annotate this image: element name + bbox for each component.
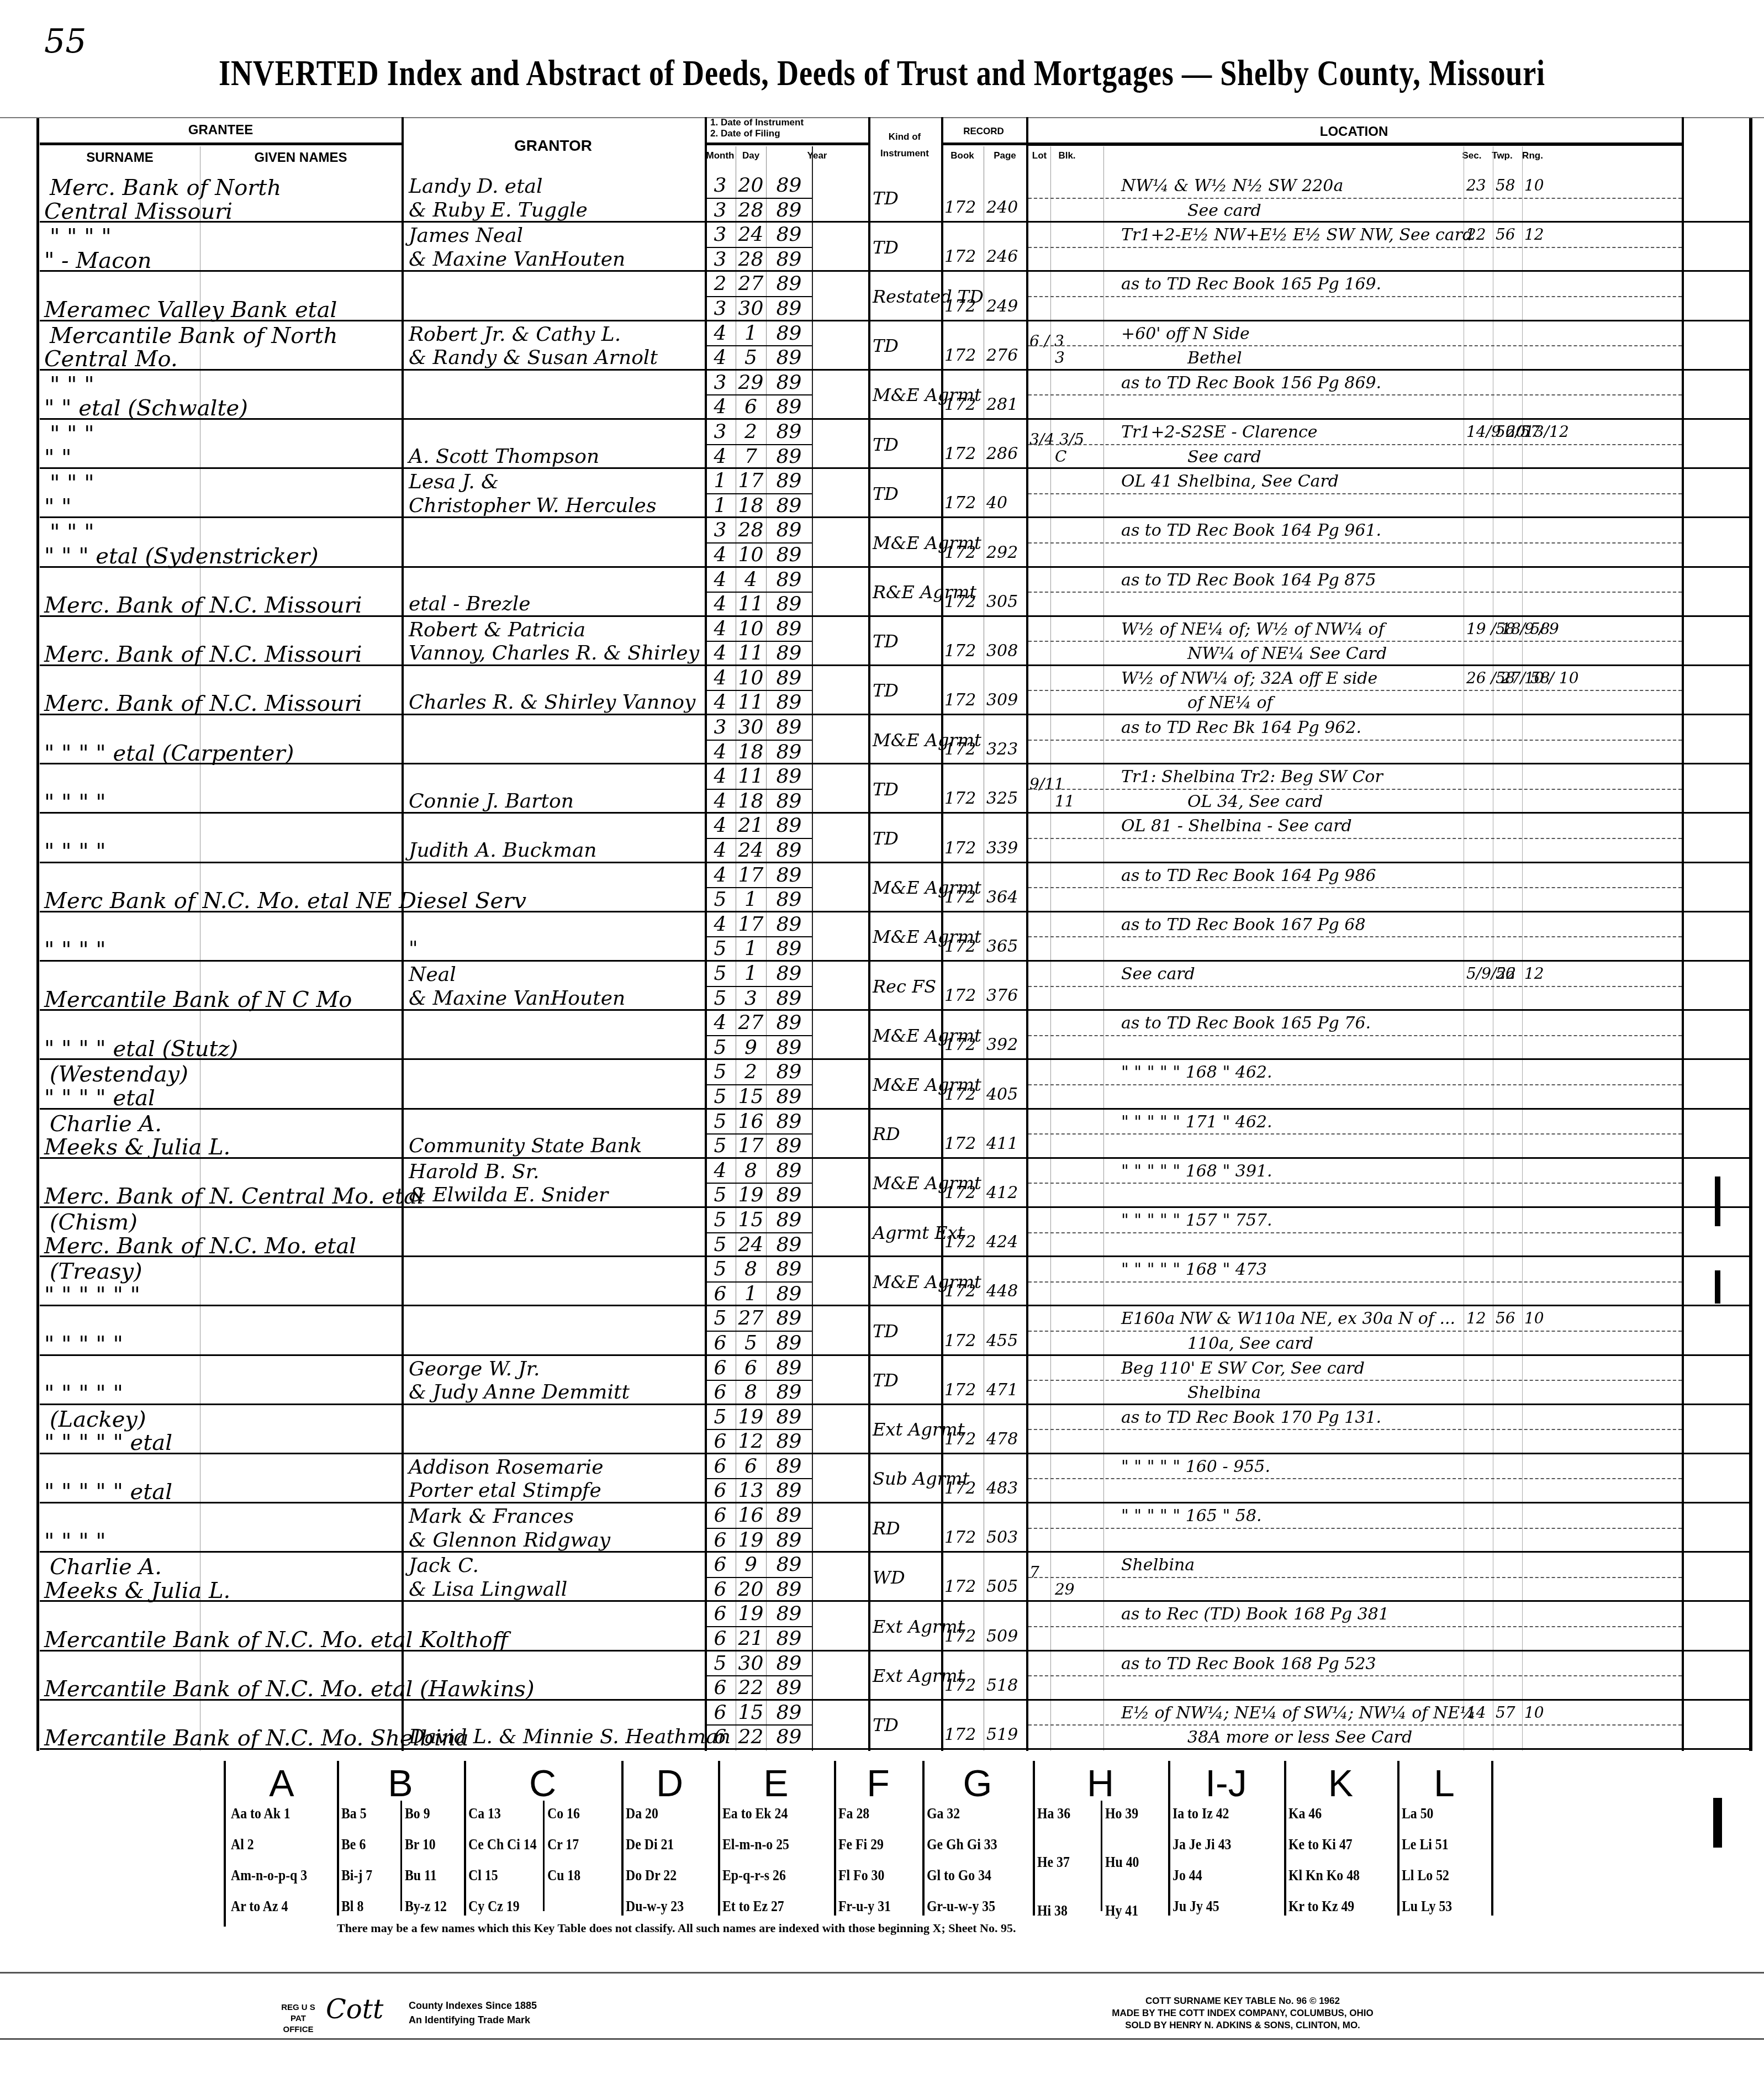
grantee-line-2: " " " " " etal (44, 1479, 172, 1505)
location-line-1: Shelbina (1121, 1555, 1195, 1575)
date-divider (707, 1626, 812, 1627)
instrument-date-day: 9 (736, 1553, 766, 1576)
location-blk: C (1055, 447, 1066, 466)
grantor-line-2: & Judy Anne Demmitt (409, 1381, 630, 1404)
instrument-kind: TD (873, 188, 899, 209)
header-year: Year (766, 150, 868, 161)
grantee-line-2: Meeks & Julia L. (44, 1135, 230, 1160)
record-book: 172 (944, 592, 976, 611)
instrument-kind: TD (873, 779, 899, 800)
key-letter-c: C (464, 1762, 621, 1805)
location-blk: 3 (1055, 349, 1065, 367)
instrument-date-day: 21 (736, 814, 766, 837)
filing-date-month: 4 (705, 544, 736, 566)
grantor-line-2: Connie J. Barton (409, 790, 574, 813)
header-location-rule (1026, 143, 1682, 146)
key-subcolumn-rule (400, 1801, 402, 1911)
header-kind-1: Kind of (868, 131, 941, 143)
instrument-date-year: 89 (766, 1652, 812, 1675)
grantor-line-1: Addison Rosemarie (409, 1456, 604, 1479)
instrument-date-year: 89 (766, 174, 812, 197)
instrument-date-day: 24 (736, 223, 766, 246)
instrument-date-month: 3 (705, 371, 736, 394)
location-rng: 9 / 9 (1524, 620, 1559, 638)
key-entry: Gl to Go 34 (927, 1867, 991, 1885)
instrument-kind: TD (873, 483, 899, 504)
grantee-line-2: " - Macon (44, 248, 151, 273)
filing-date-month: 4 (705, 839, 736, 862)
instrument-date-year: 89 (766, 1159, 812, 1182)
grantor-line-2: etal - Brezle (409, 593, 531, 615)
location-line-1: NW¼ & W½ N½ SW 220a (1121, 176, 1343, 196)
instrument-date-day: 27 (736, 1011, 766, 1034)
instrument-date-year: 89 (766, 864, 812, 887)
header-rng: Rng. (1519, 150, 1546, 161)
grantor-line-1: Jack C. (409, 1554, 479, 1577)
location-line-1: " " " " " 171 " 462. (1121, 1112, 1272, 1132)
location-guide-line (1028, 838, 1682, 839)
grantor-line-2: Charles R. & Shirley Vannoy (409, 691, 695, 714)
instrument-kind: TD (873, 1370, 899, 1391)
record-page: 325 (986, 789, 1018, 808)
key-entry: Do Dr 22 (626, 1867, 677, 1885)
header-date-instrument: 1. Date of Instrument (710, 117, 870, 128)
key-entry: Hu 40 (1105, 1854, 1139, 1871)
filing-date-year: 89 (766, 1381, 812, 1404)
instrument-kind: TD (873, 237, 899, 258)
date-divider (707, 1380, 812, 1381)
filing-date-year: 89 (766, 544, 812, 566)
header-book: Book (941, 150, 984, 161)
date-divider (707, 592, 812, 593)
grantee-line-1: Charlie A. (50, 1554, 162, 1580)
instrument-kind: TD (873, 1321, 899, 1342)
grantee-line-2: Merc Bank of N.C. Mo. etal NE Diesel Ser… (44, 888, 526, 914)
grantee-line-2: " " " " (44, 839, 106, 864)
location-line-2: 110a, See card (1187, 1334, 1313, 1353)
location-line-1: as to TD Rec Book 156 Pg 869. (1121, 373, 1381, 393)
instrument-date-month: 4 (705, 667, 736, 689)
location-guide-line (1028, 247, 1682, 248)
filing-date-month: 4 (705, 346, 736, 369)
instrument-date-month: 4 (705, 765, 736, 788)
date-divider (707, 542, 812, 544)
date-divider (707, 887, 812, 888)
key-letter-d: D (621, 1762, 718, 1805)
filing-date-month: 6 (705, 1430, 736, 1453)
instrument-date-day: 19 (736, 1406, 766, 1428)
location-line-2: OL 34, See card (1187, 792, 1323, 811)
instrument-kind: Rec FS (873, 976, 936, 997)
filing-date-year: 89 (766, 839, 812, 862)
date-divider (707, 1133, 812, 1135)
footer-publisher: COTT SURNAME KEY TABLE No. 96 © 1962 MAD… (1049, 1995, 1436, 2032)
key-column-rule (1491, 1761, 1493, 1916)
filing-date-year: 89 (766, 1332, 812, 1354)
instrument-date-year: 89 (766, 1602, 812, 1625)
location-guide-line (1028, 1084, 1682, 1085)
filing-date-year: 89 (766, 1430, 812, 1453)
key-entry: Ia to Iz 42 (1173, 1805, 1229, 1823)
date-divider (707, 198, 812, 199)
instrument-date-month: 5 (705, 1652, 736, 1675)
date-divider (707, 493, 812, 494)
location-sec: 22 (1466, 225, 1486, 244)
instrument-date-month: 4 (705, 618, 736, 640)
instrument-kind: TD (873, 680, 899, 701)
record-book: 172 (944, 444, 976, 463)
filing-date-year: 89 (766, 1726, 812, 1748)
date-divider (707, 936, 812, 937)
location-guide-line (1028, 1577, 1682, 1578)
location-line-1: as to TD Rec Book 164 Pg 875 (1121, 571, 1376, 590)
location-guide-line (1028, 690, 1682, 691)
instrument-date-year: 89 (766, 1110, 812, 1133)
key-entry: Ja Je Ji 43 (1173, 1836, 1231, 1854)
filing-date-day: 11 (736, 691, 766, 714)
record-page: 503 (986, 1528, 1018, 1547)
filing-date-month: 3 (705, 297, 736, 320)
record-page: 276 (986, 346, 1018, 365)
key-entry: Fa 28 (838, 1805, 869, 1823)
location-guide-line (1028, 296, 1682, 297)
filing-date-month: 6 (705, 1283, 736, 1305)
location-guide-line (1028, 592, 1682, 593)
location-line-1: Tr1: Shelbina Tr2: Beg SW Cor (1121, 767, 1383, 787)
key-entry: Kr to Kz 49 (1288, 1898, 1354, 1916)
filing-date-day: 6 (736, 395, 766, 418)
row-divider (40, 1748, 1749, 1750)
instrument-date-month: 5 (705, 1061, 736, 1083)
filing-date-month: 5 (705, 987, 736, 1010)
filing-date-day: 28 (736, 248, 766, 271)
record-book: 172 (944, 690, 976, 710)
header-location: LOCATION (1026, 124, 1682, 140)
filing-date-year: 89 (766, 1085, 812, 1108)
filing-date-year: 89 (766, 1283, 812, 1305)
header-kind-2: Instrument (868, 148, 941, 159)
instrument-date-year: 89 (766, 1307, 812, 1329)
instrument-date-year: 89 (766, 1455, 812, 1478)
grantee-line-2: Central Missouri (44, 199, 233, 224)
footer-top-rule (0, 1972, 1764, 1974)
instrument-date-day: 15 (736, 1701, 766, 1724)
location-line-1: " " " " " 168 " 462. (1121, 1063, 1272, 1082)
key-entry: Ce Ch Ci 14 (468, 1836, 537, 1854)
grantee-line-1: " " " (50, 372, 94, 398)
location-line-2: See card (1187, 447, 1261, 467)
filing-date-month: 4 (705, 691, 736, 714)
record-book: 172 (944, 493, 976, 513)
cott-logo: Cott (326, 1994, 383, 2025)
location-guide-line (1028, 887, 1682, 888)
key-letter-l: L (1397, 1762, 1491, 1805)
filing-date-day: 20 (736, 1578, 766, 1601)
record-page: 365 (986, 937, 1018, 956)
grantor-line-1: Lesa J. & (409, 471, 499, 493)
instrument-date-year: 89 (766, 371, 812, 394)
instrument-date-day: 17 (736, 864, 766, 887)
key-entry: Ar to Az 4 (231, 1898, 288, 1916)
record-book: 172 (944, 937, 976, 956)
key-entry: Da 20 (626, 1805, 658, 1823)
grantee-line-2: Central Mo. (44, 346, 178, 372)
record-book: 172 (944, 297, 976, 316)
grantor-line-2: & Maxine VanHouten (409, 987, 625, 1010)
instrument-date-month: 6 (705, 1701, 736, 1724)
header-given-names: GIVEN NAMES (200, 150, 402, 166)
margin-bracket-mark (1715, 1176, 1720, 1226)
record-book: 172 (944, 1380, 976, 1400)
location-line-1: as to TD Rec Book 168 Pg 523 (1121, 1654, 1376, 1674)
record-book: 172 (944, 740, 976, 759)
grantee-line-2: " " " " " etal (44, 1430, 172, 1455)
instrument-date-month: 5 (705, 1209, 736, 1231)
filing-date-day: 11 (736, 642, 766, 664)
instrument-date-day: 27 (736, 1307, 766, 1329)
header-record: RECORD (941, 126, 1026, 137)
grantor-line-2: Community State Bank (409, 1135, 642, 1157)
location-guide-line (1028, 394, 1682, 395)
record-page: 40 (986, 493, 1007, 513)
record-page: 509 (986, 1627, 1018, 1646)
grantor-line-2: A. Scott Thompson (409, 445, 599, 468)
location-line-1: as to TD Rec Book 164 Pg 961. (1121, 521, 1381, 540)
filing-date-year: 89 (766, 395, 812, 418)
instrument-date-day: 2 (736, 1061, 766, 1083)
grantee-line-2: " " " " (44, 937, 106, 963)
instrument-kind: RD (873, 1123, 900, 1144)
location-line-2: Shelbina (1187, 1383, 1261, 1402)
key-left-border (224, 1761, 226, 1927)
key-letter-h: H (1033, 1762, 1168, 1805)
location-line-1: +60' off N Side (1121, 324, 1250, 344)
instrument-date-month: 6 (705, 1504, 736, 1527)
instrument-date-year: 89 (766, 765, 812, 788)
filing-date-year: 89 (766, 1578, 812, 1601)
record-page: 478 (986, 1429, 1018, 1449)
location-line-1: as to TD Rec Book 165 Pg 169. (1121, 275, 1381, 294)
filing-date-month: 6 (705, 1726, 736, 1748)
key-letter-e: E (718, 1762, 834, 1805)
grantee-line-2: " " " etal (Sydenstricker) (44, 544, 319, 569)
location-line-1: as to TD Rec Book 164 Pg 986 (1121, 866, 1376, 885)
instrument-date-month: 3 (705, 420, 736, 443)
key-entry: Ge Gh Gi 33 (927, 1836, 997, 1854)
filing-date-month: 6 (705, 1676, 736, 1699)
key-entry: He 37 (1037, 1854, 1070, 1871)
instrument-date-month: 3 (705, 519, 736, 541)
location-rng: 10 (1524, 1703, 1544, 1722)
instrument-date-day: 20 (736, 174, 766, 197)
record-book: 172 (944, 1035, 976, 1054)
ledger-top-rule (0, 117, 1764, 118)
filing-date-month: 5 (705, 1233, 736, 1256)
record-page: 339 (986, 838, 1018, 858)
filing-date-year: 89 (766, 642, 812, 664)
instrument-date-month: 4 (705, 322, 736, 345)
location-line-2: NW¼ of NE¼ See Card (1187, 644, 1387, 663)
grantor-line-2: " (409, 937, 418, 960)
filing-date-month: 6 (705, 1627, 736, 1650)
instrument-date-year: 89 (766, 1061, 812, 1083)
filing-date-year: 89 (766, 1479, 812, 1502)
date-divider (707, 345, 812, 346)
filing-date-year: 89 (766, 741, 812, 763)
instrument-date-day: 16 (736, 1504, 766, 1527)
instrument-date-day: 6 (736, 1357, 766, 1379)
record-page: 483 (986, 1479, 1018, 1498)
instrument-date-year: 89 (766, 1701, 812, 1724)
key-entry: Lu Ly 53 (1402, 1898, 1452, 1916)
date-divider (707, 1429, 812, 1430)
location-guide-line (1028, 936, 1682, 937)
filing-date-month: 5 (705, 888, 736, 911)
filing-date-day: 17 (736, 1135, 766, 1157)
filing-date-year: 89 (766, 1529, 812, 1552)
date-divider (707, 1528, 812, 1529)
record-book: 172 (944, 1183, 976, 1202)
instrument-date-year: 89 (766, 1209, 812, 1231)
grantee-line-2: Mercantile Bank of N.C. Mo. etal (Hawkin… (44, 1676, 535, 1702)
grantee-line-2: " " " " etal (Stutz) (44, 1036, 238, 1062)
key-entry: Ho 39 (1105, 1805, 1138, 1823)
grantor-line-2: David L. & Minnie S. Heathman (409, 1726, 731, 1748)
grantee-line-2: " " " " (44, 1529, 106, 1554)
location-guide-line (1028, 641, 1682, 642)
record-book: 172 (944, 1134, 976, 1153)
header-grantee-rule (40, 143, 402, 145)
key-letter-f: F (834, 1762, 922, 1805)
record-page: 292 (986, 543, 1018, 562)
grantor-line-1: Mark & Frances (409, 1505, 574, 1528)
grantee-line-2: " " (44, 494, 72, 520)
location-line-2: See card (1187, 201, 1261, 220)
grantee-line-2: Meeks & Julia L. (44, 1578, 230, 1603)
location-line-1: W½ of NW¼ of; 32A off E side (1121, 669, 1377, 688)
key-entry: By-z 12 (405, 1898, 447, 1916)
record-book: 172 (944, 1528, 976, 1547)
location-rng: 12 (1524, 964, 1544, 983)
header-date-filing: 2. Date of Filing (710, 128, 870, 139)
date-divider (707, 986, 812, 987)
date-divider (707, 789, 812, 790)
location-sec: 14 (1466, 1703, 1486, 1722)
record-book: 172 (944, 641, 976, 661)
record-book: 172 (944, 198, 976, 217)
grantor-line-1: Robert Jr. & Cathy L. (409, 323, 621, 346)
key-entry: Al 2 (231, 1836, 254, 1854)
instrument-date-year: 89 (766, 420, 812, 443)
instrument-date-year: 89 (766, 568, 812, 591)
grantee-line-2: " " " " etal (Carpenter) (44, 741, 294, 766)
instrument-date-month: 3 (705, 223, 736, 246)
grantor-line-1: George W. Jr. (409, 1358, 540, 1380)
header-grantor: GRANTOR (402, 137, 705, 155)
record-book: 172 (944, 1725, 976, 1744)
instrument-date-year: 89 (766, 469, 812, 492)
location-line-1: as to TD Rec Bk 164 Pg 962. (1121, 718, 1361, 737)
instrument-date-year: 89 (766, 814, 812, 837)
grantee-line-2: Mercantile Bank of N C Mo (44, 987, 352, 1012)
instrument-date-month: 5 (705, 962, 736, 985)
grantee-line-1: Merc. Bank of North (50, 175, 281, 201)
ledger-right-border (1749, 117, 1752, 1751)
filing-date-day: 1 (736, 888, 766, 911)
grantee-line-2: Merc. Bank of N.C. Missouri (44, 691, 362, 716)
instrument-date-month: 6 (705, 1553, 736, 1576)
filing-date-month: 4 (705, 790, 736, 813)
header-page: Page (984, 150, 1026, 161)
header-surname: SURNAME (40, 150, 200, 166)
filing-date-day: 18 (736, 494, 766, 517)
instrument-date-month: 4 (705, 1011, 736, 1034)
filing-date-day: 15 (736, 1085, 766, 1108)
location-line-1: See card (1121, 964, 1195, 984)
instrument-date-year: 89 (766, 272, 812, 295)
location-guide-line (1028, 1133, 1682, 1135)
filing-date-day: 28 (736, 199, 766, 221)
grantor-line-1: Landy D. etal (409, 175, 543, 198)
filing-date-month: 4 (705, 593, 736, 615)
location-twp: 56 (1496, 1309, 1515, 1327)
filing-date-day: 1 (736, 1283, 766, 1305)
grantee-line-2: " " " " " (44, 1381, 123, 1406)
location-guide-line (1028, 444, 1682, 445)
date-divider (707, 1478, 812, 1479)
date-divider (707, 296, 812, 297)
record-book: 172 (944, 1676, 976, 1695)
filing-date-day: 5 (736, 1332, 766, 1354)
grantee-line-2: Meramec Valley Bank etal (44, 297, 337, 323)
instrument-date-year: 89 (766, 223, 812, 246)
location-guide-line (1028, 493, 1682, 494)
key-entry: De Di 21 (626, 1836, 674, 1854)
location-line-2: of NE¼ of (1187, 693, 1273, 713)
location-twp: 57 (1496, 1703, 1515, 1722)
location-line-2: Bethel (1187, 349, 1242, 368)
filing-date-day: 19 (736, 1529, 766, 1552)
filing-date-year: 89 (766, 1676, 812, 1699)
grantee-line-1: " " " (50, 421, 94, 447)
key-entry: Hy 41 (1105, 1902, 1138, 1920)
location-line-2: 38A more or less See Card (1187, 1728, 1412, 1747)
instrument-date-day: 1 (736, 962, 766, 985)
filing-date-month: 1 (705, 494, 736, 517)
grantee-line-2: " " (44, 445, 72, 471)
instrument-date-day: 19 (736, 1602, 766, 1625)
filing-date-day: 1 (736, 937, 766, 960)
date-divider (707, 1183, 812, 1184)
filing-date-month: 3 (705, 248, 736, 271)
header-lot: Lot (1028, 150, 1050, 161)
location-guide-line (1028, 1478, 1682, 1479)
location-lot: 6 / 3 (1029, 332, 1064, 350)
instrument-kind: TD (873, 335, 899, 356)
key-entry: Bi-j 7 (341, 1867, 372, 1885)
location-rng: 10 / 10 (1524, 669, 1579, 687)
filing-date-month: 3 (705, 199, 736, 221)
record-page: 246 (986, 247, 1018, 266)
location-guide-line (1028, 542, 1682, 544)
header-sec: Sec. (1458, 150, 1486, 161)
filing-date-month: 5 (705, 1135, 736, 1157)
record-book: 172 (944, 395, 976, 414)
instrument-date-day: 16 (736, 1110, 766, 1133)
key-entry: Bo 9 (405, 1805, 430, 1823)
location-guide-line (1028, 1528, 1682, 1529)
key-entry: Du-w-y 23 (626, 1898, 684, 1916)
